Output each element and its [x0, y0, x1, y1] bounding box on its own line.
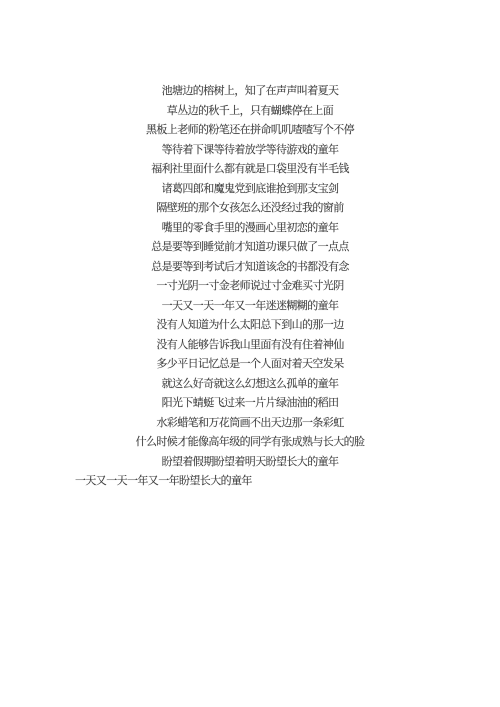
lyric-line: 一寸光阴一寸金老师说过寸金难买寸光阴 — [0, 277, 500, 297]
lyric-line: 池塘边的榕树上，知了在声声叫着夏天 — [0, 82, 500, 102]
lyric-line: 一天又一天一年又一年迷迷糊糊的童年 — [0, 297, 500, 317]
lyric-line: 黑板上老师的粉笔还在拼命叽叽喳喳写个不停 — [0, 121, 500, 141]
lyrics-block: 池塘边的榕树上，知了在声声叫着夏天草丛边的秋千上，只有蝴蝶停在上面黑板上老师的粉… — [0, 0, 500, 492]
lyric-line: 没有人能够告诉我山里面有没有住着神仙 — [0, 336, 500, 356]
lyric-line: 诸葛四郎和魔鬼党到底谁抢到那支宝剑 — [0, 180, 500, 200]
lyric-line: 总是要等到睡觉前才知道功课只做了一点点 — [0, 238, 500, 258]
lyric-line: 就这么好奇就这么幻想这么孤单的童年 — [0, 375, 500, 395]
lyric-line: 隔壁班的那个女孩怎么还没经过我的窗前 — [0, 199, 500, 219]
lyric-line: 草丛边的秋千上，只有蝴蝶停在上面 — [0, 102, 500, 122]
lyric-line: 水彩蜡笔和万花筒画不出天边那一条彩虹 — [0, 414, 500, 434]
lyric-line: 等待着下课等待着放学等待游戏的童年 — [0, 141, 500, 161]
lyric-line: 盼望着假期盼望着明天盼望长大的童年 — [0, 453, 500, 473]
lyrics-page: 池塘边的榕树上，知了在声声叫着夏天草丛边的秋千上，只有蝴蝶停在上面黑板上老师的粉… — [0, 0, 500, 707]
lyric-line: 阳光下蜻蜓飞过来一片片绿油油的稻田 — [0, 394, 500, 414]
lyric-line: 总是要等到考试后才知道该念的书都没有念 — [0, 258, 500, 278]
lyric-line: 一天又一天一年又一年盼望长大的童年 — [0, 472, 500, 492]
lyric-line: 嘴里的零食手里的漫画心里初恋的童年 — [0, 219, 500, 239]
lyric-line: 福利社里面什么都有就是口袋里没有半毛钱 — [0, 160, 500, 180]
lyric-line: 没有人知道为什么太阳总下到山的那一边 — [0, 316, 500, 336]
lyric-line: 多少平日记忆总是一个人面对着天空发呆 — [0, 355, 500, 375]
lyric-line: 什么时候才能像高年级的同学有张成熟与长大的脸 — [0, 433, 500, 453]
